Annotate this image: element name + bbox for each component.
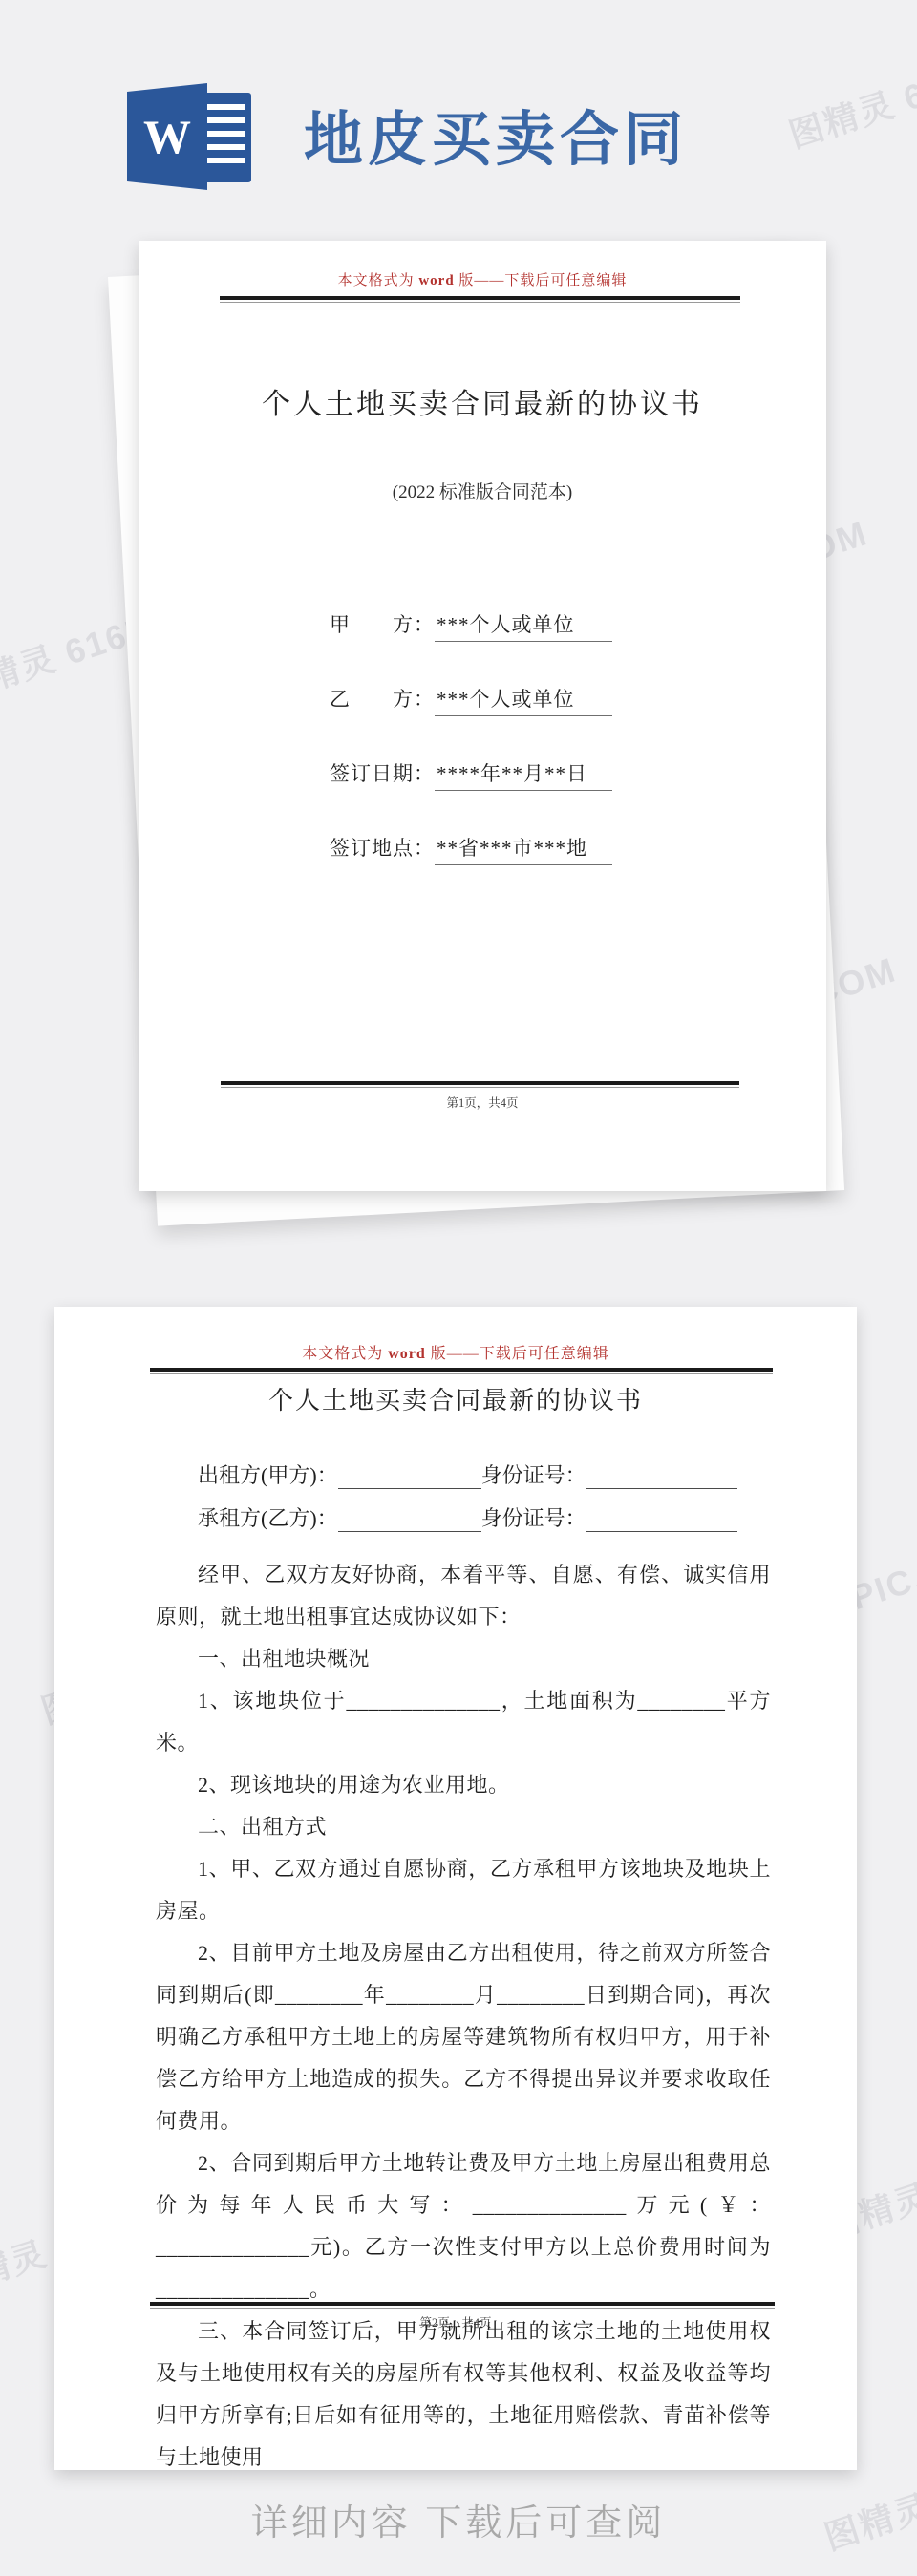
- paragraph: 三、本合同签订后，甲方就所出租的该宗土地的土地使用权及与土地使用权有关的房屋所有…: [156, 2310, 771, 2479]
- paragraph: 2、现该地块的用途为农业用地。: [156, 1764, 771, 1806]
- format-notice: 本文格式为 word 版——下载后可任意编辑: [54, 1341, 857, 1363]
- party-row-lessor: 出租方(甲方)：身份证号：: [156, 1459, 771, 1492]
- blank-line: [586, 1467, 737, 1489]
- field-label: 签订地点：: [330, 837, 435, 860]
- contract-subtitle: (2022 标准版合同范本): [139, 478, 826, 503]
- notice-prefix: 本文格式为: [338, 273, 419, 288]
- party-row-lessee: 承租方(乙方)：身份证号：: [156, 1502, 771, 1535]
- notice-suffix: 版——下载后可任意编辑: [426, 1346, 609, 1362]
- field-label: 甲 方：: [330, 613, 435, 636]
- id-label: 身份证号：: [481, 1463, 586, 1487]
- field-row-party-a: 甲 方：***个人或单位: [330, 609, 612, 642]
- paragraph: 二、出租方式: [156, 1806, 771, 1848]
- notice-word: word: [388, 1346, 426, 1362]
- page-number: 第2页，共4页: [54, 2313, 857, 2331]
- field-value: ****年**月**日: [435, 758, 612, 791]
- paper-sheet: 本文格式为 word 版——下载后可任意编辑 个人土地买卖合同最新的协议书 (2…: [139, 241, 826, 1191]
- notice-prefix: 本文格式为: [302, 1346, 388, 1362]
- contract-title: 个人土地买卖合同最新的协议书: [54, 1381, 857, 1416]
- field-label: 乙 方：: [330, 688, 435, 711]
- page-title: 地皮买卖合同: [304, 92, 688, 177]
- header-rule: [150, 1368, 773, 1374]
- paragraph: 2、合同到期后甲方土地转让费及甲方土地上房屋出租费用总价为每年人民币大写：___…: [156, 2142, 771, 2310]
- word-icon: W: [127, 83, 251, 190]
- word-icon-letter: W: [127, 83, 207, 190]
- document-preview-page-1: 本文格式为 word 版——下载后可任意编辑 个人土地买卖合同最新的协议书 (2…: [139, 241, 826, 1191]
- paragraph: 1、甲、乙双方通过自愿协商，乙方承租甲方该地块及地块上房屋。: [156, 1848, 771, 1932]
- field-label: 签订日期：: [330, 762, 435, 785]
- field-value: ***个人或单位: [435, 684, 612, 716]
- page: W 地皮买卖合同 图精灵 616PIC.COM 图精灵 616PIC.COM 图…: [0, 0, 917, 2576]
- field-value: ***个人或单位: [435, 609, 612, 642]
- party-rows: 出租方(甲方)：身份证号： 承租方(乙方)：身份证号：: [156, 1459, 771, 1545]
- id-label: 身份证号：: [481, 1506, 586, 1530]
- field-row-sign-date: 签订日期：****年**月**日: [330, 758, 612, 791]
- party-label: 出租方(甲方)：: [198, 1463, 338, 1487]
- field-value: **省***市***地: [435, 833, 612, 865]
- party-label: 承租方(乙方)：: [198, 1506, 338, 1530]
- contract-body: 经甲、乙双方友好协商，本着平等、自愿、有偿、诚实信用原则，就土地出租事宜达成协议…: [156, 1554, 771, 2479]
- paragraph: 经甲、乙双方友好协商，本着平等、自愿、有偿、诚实信用原则，就土地出租事宜达成协议…: [156, 1554, 771, 1638]
- footer-rule: [150, 2302, 775, 2309]
- header-rule: [220, 296, 740, 303]
- notice-word: word: [418, 273, 454, 288]
- paragraph: 一、出租地块概况: [156, 1638, 771, 1680]
- blank-line: [338, 1510, 481, 1532]
- field-row-party-b: 乙 方：***个人或单位: [330, 684, 612, 716]
- page-number: 第1页，共4页: [139, 1094, 826, 1111]
- paragraph: 2、目前甲方土地及房屋由乙方出租使用，待之前双方所签合同到期后(即_______…: [156, 1932, 771, 2142]
- footer-rule: [221, 1081, 739, 1088]
- blank-line: [586, 1510, 737, 1532]
- contract-title: 个人土地买卖合同最新的协议书: [139, 380, 826, 422]
- watermark-text: 图精灵 616PIC.COM: [782, 6, 917, 159]
- document-preview-page-2: 本文格式为 word 版——下载后可任意编辑 个人土地买卖合同最新的协议书 出租…: [54, 1307, 857, 2470]
- field-row-sign-place: 签订地点：**省***市***地: [330, 833, 612, 865]
- paragraph: 1、该地块位于______________，土地面积为________平方米。: [156, 1680, 771, 1764]
- notice-suffix: 版——下载后可任意编辑: [455, 273, 628, 288]
- bottom-caption: 详细内容 下载后可查阅: [0, 2493, 917, 2545]
- cover-fields: 甲 方：***个人或单位 乙 方：***个人或单位 签订日期：****年**月*…: [330, 609, 612, 907]
- format-notice: 本文格式为 word 版——下载后可任意编辑: [139, 269, 826, 289]
- blank-line: [338, 1467, 481, 1489]
